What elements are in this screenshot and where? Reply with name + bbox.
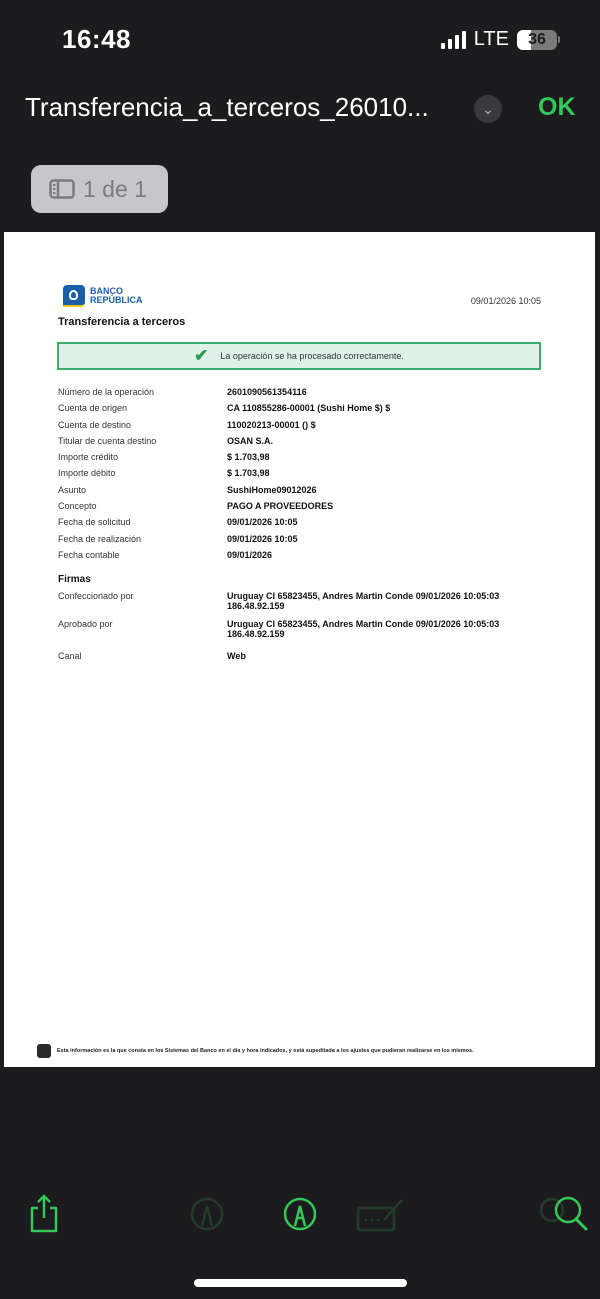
page-indicator-label: 1 de 1 <box>83 176 147 203</box>
bank-logo: BANCOREPÚBLICA <box>63 285 143 307</box>
pdf-page: BANCOREPÚBLICA 09/01/2026 10:05 Transfer… <box>4 232 595 1067</box>
detail-row: Importe crédito$ 1.703,98 <box>58 452 558 462</box>
status-time: 16:48 <box>62 24 131 55</box>
detail-label: Importe crédito <box>58 452 227 462</box>
detail-value: 2601090561354116 <box>227 387 307 397</box>
battery-nub <box>558 36 560 43</box>
signature-value: Uruguay CI 65823455, Andres Martin Conde… <box>227 619 499 629</box>
share-icon[interactable] <box>27 1194 61 1234</box>
detail-label: Fecha de realización <box>58 534 227 544</box>
detail-value: PAGO A PROVEEDORES <box>227 501 333 511</box>
page-indicator-button[interactable]: 1 de 1 <box>31 165 168 213</box>
battery-icon: 36 <box>517 30 557 50</box>
detail-value: 110020213-00001 () $ <box>227 420 316 430</box>
detail-label: Número de la operación <box>58 387 227 397</box>
detail-value: CA 110855286-00001 (Sushi Home $) $ <box>227 403 390 413</box>
home-indicator[interactable] <box>194 1279 407 1287</box>
detail-label: Fecha contable <box>58 550 227 560</box>
footer-note: Esta información es la que consta en los… <box>37 1044 474 1058</box>
channel-label: Canal <box>58 651 227 661</box>
document-heading: Transferencia a terceros <box>58 316 185 328</box>
document-date: 09/01/2026 10:05 <box>471 296 541 306</box>
detail-row: Importe débito$ 1.703,98 <box>58 468 558 478</box>
details-list: Número de la operación2601090561354116Cu… <box>58 387 558 566</box>
detail-row: Fecha de solicitud09/01/2026 10:05 <box>58 517 558 527</box>
detail-value: $ 1.703,98 <box>227 452 270 462</box>
network-label: LTE <box>474 28 509 51</box>
detail-row: ConceptoPAGO A PROVEEDORES <box>58 501 558 511</box>
check-icon: ✔ <box>194 346 208 366</box>
bottom-toolbar <box>0 1190 600 1240</box>
detail-value: OSAN S.A. <box>227 436 273 446</box>
markup-active-icon[interactable] <box>282 1196 318 1232</box>
detail-label: Asunto <box>58 485 227 495</box>
signature-label: Confeccionado por <box>58 591 227 611</box>
channel-value: Web <box>227 651 246 661</box>
bank-logo-icon <box>63 285 85 307</box>
detail-label: Concepto <box>58 501 227 511</box>
ok-button[interactable]: OK <box>538 93 576 122</box>
detail-label: Cuenta de destino <box>58 420 227 430</box>
signature-row: Confeccionado porUruguay CI 65823455, An… <box>58 591 499 611</box>
status-right: LTE 36 <box>441 28 560 51</box>
signature-row: Aprobado porUruguay CI 65823455, Andres … <box>58 619 499 639</box>
markup-icon[interactable] <box>189 1196 225 1232</box>
signature-ip: 186.48.92.159 <box>227 601 499 611</box>
channel-row: CanalWeb <box>58 651 246 661</box>
detail-label: Fecha de solicitud <box>58 517 227 527</box>
signature-ip: 186.48.92.159 <box>227 629 499 639</box>
signature-icon[interactable] <box>356 1196 406 1232</box>
detail-row: Fecha contable09/01/2026 <box>58 550 558 560</box>
footer-text: Esta información es la que consta en los… <box>57 1048 474 1054</box>
detail-value: 09/01/2026 10:05 <box>227 517 298 527</box>
detail-row: Cuenta de destino110020213-00001 () $ <box>58 420 558 430</box>
detail-row: Fecha de realización09/01/2026 10:05 <box>58 534 558 544</box>
detail-row: Cuenta de origenCA 110855286-00001 (Sush… <box>58 403 558 413</box>
detail-value: 09/01/2026 10:05 <box>227 534 298 544</box>
document-title[interactable]: Transferencia_a_terceros_26010... <box>25 92 429 123</box>
bank-mark-icon <box>37 1044 51 1058</box>
detail-row: AsuntoSushiHome09012026 <box>58 485 558 495</box>
signal-icon <box>441 31 466 49</box>
chevron-down-icon[interactable]: ⌄ <box>474 95 502 123</box>
bank-name-line2: REPÚBLICA <box>90 296 143 305</box>
search-icon[interactable] <box>540 1194 590 1234</box>
detail-label: Importe débito <box>58 468 227 478</box>
signatures-heading: Firmas <box>58 574 91 585</box>
signature-value: Uruguay CI 65823455, Andres Martin Conde… <box>227 591 499 601</box>
sidebar-icon <box>49 179 75 199</box>
detail-value: $ 1.703,98 <box>227 468 270 478</box>
detail-label: Cuenta de origen <box>58 403 227 413</box>
success-message: La operación se ha procesado correctamen… <box>220 351 404 361</box>
success-alert: ✔ La operación se ha procesado correctam… <box>57 342 541 370</box>
detail-value: SushiHome09012026 <box>227 485 317 495</box>
detail-row: Número de la operación2601090561354116 <box>58 387 558 397</box>
detail-value: 09/01/2026 <box>227 550 272 560</box>
signature-label: Aprobado por <box>58 619 227 639</box>
detail-label: Titular de cuenta destino <box>58 436 227 446</box>
detail-row: Titular de cuenta destinoOSAN S.A. <box>58 436 558 446</box>
